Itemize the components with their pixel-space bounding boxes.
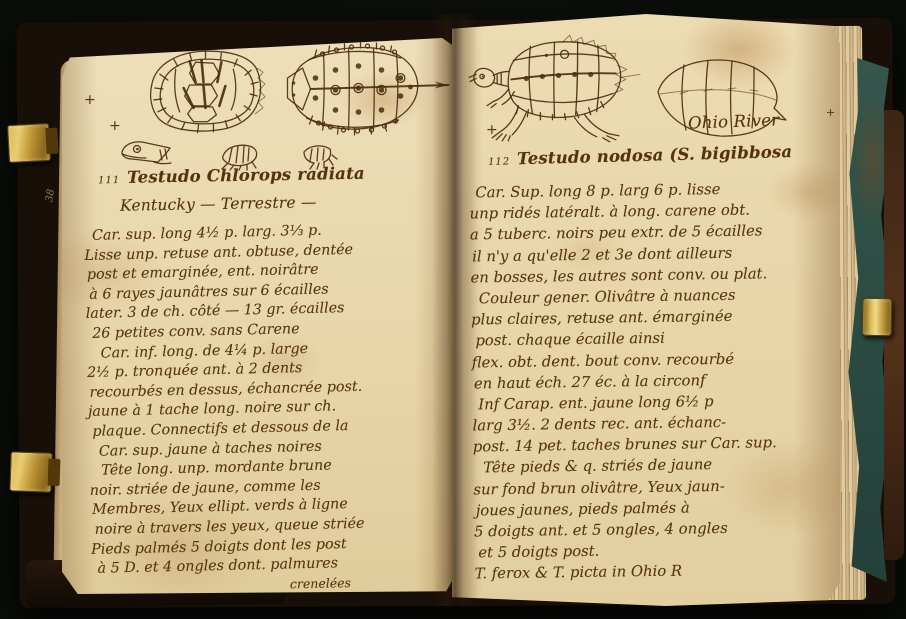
manuscript-text-block: Car. Sup. long 8 p. larg 6 p. lisse unp … (469, 180, 829, 587)
turtle-carapace-spotted-pinned-sketch (278, 38, 464, 138)
manuscript-line: T. ferox & T. picta in Ohio R (475, 561, 829, 587)
notebook-photo: + + 111 Testudo Chlorops radiata Kentuck… (0, 0, 906, 619)
species-name: Testudo nodosa (S. bigibbosa (517, 142, 793, 168)
brass-clasp-right (862, 298, 893, 337)
locality-header: Ohio River (688, 110, 780, 132)
plus-mark: + (486, 122, 498, 138)
clasp-strap (45, 128, 58, 154)
turtle-carapace-top-view-sketch (138, 44, 272, 136)
margin-page-number: 38 (44, 188, 57, 203)
species-entry-title: 112 Testudo nodosa (S. bigibbosa (488, 142, 793, 169)
brass-clasp-bottom-left (9, 451, 52, 492)
species-entry-title: 111 Testudo Chlorops radiata (98, 164, 365, 188)
plus-mark: + (84, 92, 96, 108)
brass-clasp-top-left (7, 123, 51, 163)
entry-number: 112 (488, 156, 510, 168)
clasp-strap (48, 458, 61, 486)
turtle-head-sketch (118, 136, 178, 170)
entry-number: 111 (98, 175, 120, 186)
species-name: Testudo Chlorops radiata (127, 164, 365, 187)
plus-mark: + (826, 106, 835, 119)
locality-line: Kentucky — Terrestre — (120, 193, 317, 214)
plus-mark: + (109, 118, 121, 134)
left-page: + + 111 Testudo Chlorops radiata Kentuck… (62, 38, 454, 594)
manuscript-text-block: Car. sup. long 4½ p. larg. 3⅓ p. Lisse u… (84, 220, 442, 600)
right-page: Ohio River + + 112 Testudo nodosa (S. bi… (452, 14, 840, 606)
